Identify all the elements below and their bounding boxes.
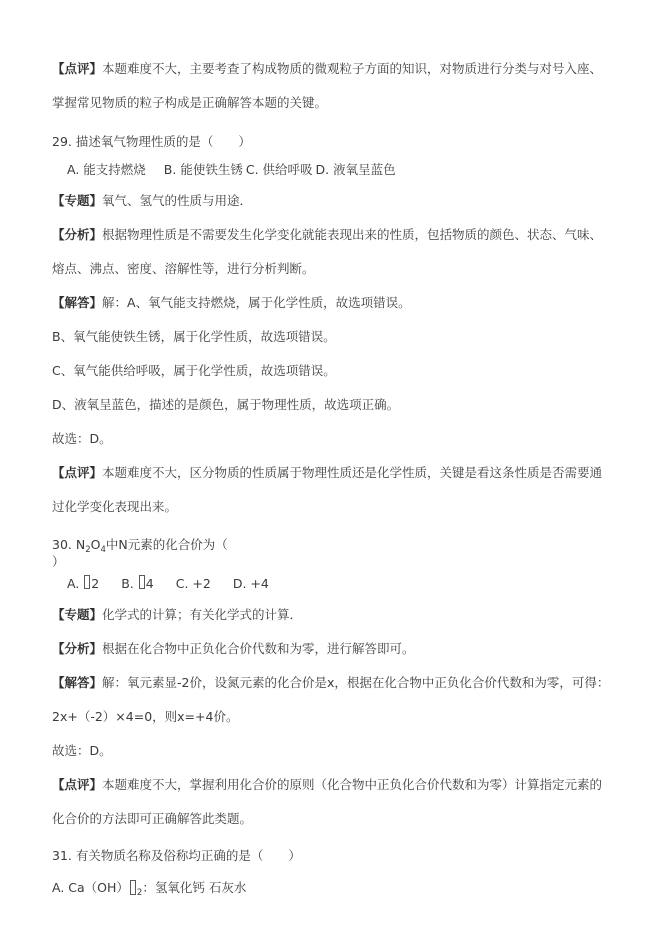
answer-text: 解：氧元素显-2价，设氮元素的化合价是x，根据在化合物中正负化合价代数和为零，可… <box>102 675 609 690</box>
option-label: C. <box>176 576 193 591</box>
q30-options-row: A. 2B. 4C. +2D. +4 <box>52 570 628 598</box>
answer-label: 【解答】 <box>52 675 102 690</box>
q31-option-a-line: A. Ca（OH）2：氢氧化钙 石灰水 <box>52 874 613 902</box>
q29-stem: 描述氧气物理性质的是（ ） <box>76 134 251 149</box>
option-value: 2 <box>91 576 99 591</box>
formula-text: Ca（OH） <box>68 880 129 895</box>
review-text: 本题难度不大，掌握利用化合价的原则（化合物中正负化合价代数和为零）计算指定元素的… <box>52 777 602 826</box>
analysis-label: 【分析】 <box>52 641 102 656</box>
answer-choice-text: 故选：D。 <box>52 431 112 446</box>
topic-text: 化学式的计算；有关化学式的计算． <box>102 607 302 622</box>
option-label: C. <box>246 162 263 177</box>
topic-label: 【专题】 <box>52 607 102 622</box>
q30-stem-line: 30. N2O4中N元素的化合价为（） <box>52 536 613 570</box>
q29-review-paragraph: 【点评】本题难度不大，区分物质的性质属于物理性质还是化学性质，关键是看这条性质是… <box>52 456 613 524</box>
topic-text: 氧气、氢气的性质与用途． <box>102 193 252 208</box>
q30-review-paragraph: 【点评】本题难度不大，掌握利用化合价的原则（化合物中正负化合价代数和为零）计算指… <box>52 768 613 836</box>
q29-answer-line-d: D、液氧呈蓝色，描述的是颜色，属于物理性质，故选项正确。 <box>52 388 613 422</box>
answer-text: C、氧气能供给呼吸，属于化学性质，故选项错误。 <box>52 363 336 378</box>
q30-option-d: D. +4 <box>233 570 269 598</box>
analysis-text: 根据物理性质是不需要发生化学变化就能表现出来的性质，包括物质的颜色、状态、气味、… <box>52 227 602 276</box>
review-label: 【点评】 <box>52 61 102 76</box>
q29-topic-paragraph: 【专题】氧气、氢气的性质与用途． <box>52 184 613 218</box>
chem-formula-n2o4: N2O4 <box>76 537 106 552</box>
option-value: +4 <box>250 576 268 591</box>
q29-options-row: A. 能支持燃烧B. 能使铁生锈C. 供给呼吸D. 液氧呈蓝色 <box>52 156 628 184</box>
option-text: 能使铁生锈 <box>180 162 243 177</box>
q29-answer-choice: 故选：D。 <box>52 422 613 456</box>
option-label: B. <box>164 162 181 177</box>
chem-formula-caoh2: Ca（OH）2 <box>68 880 142 895</box>
option-label: D. <box>233 576 251 591</box>
review-text: 本题难度不大，主要考查了构成物质的微观粒子方面的知识，对物质进行分类与对号入座、… <box>52 61 602 110</box>
topic-label: 【专题】 <box>52 193 102 208</box>
option-label: A. <box>52 880 68 895</box>
q28-review-paragraph: 【点评】本题难度不大，主要考查了构成物质的微观粒子方面的知识，对物质进行分类与对… <box>52 52 613 120</box>
option-value: +2 <box>192 576 210 591</box>
answer-text: B、氧气能使铁生锈，属于化学性质，故选项错误。 <box>52 329 336 344</box>
missing-glyph-box <box>139 575 145 589</box>
analysis-label: 【分析】 <box>52 227 102 242</box>
q30-option-a: A. 2 <box>67 570 99 598</box>
q29-answer-line-a: 【解答】解：A、氧气能支持燃烧，属于化学性质，故选项错误。 <box>52 286 613 320</box>
answer-label: 【解答】 <box>52 295 102 310</box>
q30-option-c: C. +2 <box>176 570 211 598</box>
q31-stem-line: 31. 有关物质名称及俗称均正确的是（ ） <box>52 842 613 870</box>
q30-number: 30. <box>52 537 76 552</box>
answer-text: D、液氧呈蓝色，描述的是颜色，属于物理性质，故选项正确。 <box>52 397 399 412</box>
option-label: A. <box>67 162 83 177</box>
option-text: ：氢氧化钙 石灰水 <box>142 880 246 895</box>
review-label: 【点评】 <box>52 777 102 792</box>
q30-topic-paragraph: 【专题】化学式的计算；有关化学式的计算． <box>52 598 613 632</box>
q31-number: 31. <box>52 848 76 863</box>
answer-choice-text: 故选：D。 <box>52 743 112 758</box>
q29-option-c: C. 供给呼吸 <box>246 156 313 184</box>
q29-option-a: A. 能支持燃烧 <box>67 156 146 184</box>
option-text: 液氧呈蓝色 <box>333 162 396 177</box>
option-text: 供给呼吸 <box>263 162 313 177</box>
option-label: A. <box>67 576 83 591</box>
analysis-text: 根据在化合物中正负化合价代数和为零，进行解答即可。 <box>102 641 415 656</box>
missing-glyph-box <box>130 880 136 895</box>
document-page: 【点评】本题难度不大，主要考查了构成物质的微观粒子方面的知识，对物质进行分类与对… <box>52 0 661 902</box>
q30-analysis-paragraph: 【分析】根据在化合物中正负化合价代数和为零，进行解答即可。 <box>52 632 613 666</box>
q29-answer-line-b: B、氧气能使铁生锈，属于化学性质，故选项错误。 <box>52 320 613 354</box>
formula-element: N <box>76 537 85 552</box>
q29-option-d: D. 液氧呈蓝色 <box>316 156 396 184</box>
q29-answer-line-c: C、氧气能供给呼吸，属于化学性质，故选项错误。 <box>52 354 613 388</box>
q31-stem: 有关物质名称及俗称均正确的是（ ） <box>76 848 301 863</box>
q30-stem-close-paren: ） <box>52 554 65 569</box>
option-label: D. <box>316 162 334 177</box>
answer-equation: 2x+（-2）×4=0，则x=+4价。 <box>52 709 238 724</box>
q30-answer-choice: 故选：D。 <box>52 734 613 768</box>
option-label: B. <box>121 576 138 591</box>
q29-stem-line: 29. 描述氧气物理性质的是（ ） <box>52 128 613 156</box>
review-text: 本题难度不大，区分物质的性质属于物理性质还是化学性质，关键是看这条性质是否需要通… <box>52 465 602 514</box>
q29-option-b: B. 能使铁生锈 <box>164 156 243 184</box>
missing-glyph-box <box>84 575 90 589</box>
q30-answer-paragraph: 【解答】解：氧元素显-2价，设氮元素的化合价是x，根据在化合物中正负化合价代数和… <box>52 666 613 734</box>
answer-text: 解：A、氧气能支持燃烧，属于化学性质，故选项错误。 <box>102 295 411 310</box>
review-label: 【点评】 <box>52 465 102 480</box>
option-value: 4 <box>146 576 154 591</box>
q30-option-b: B. 4 <box>121 570 153 598</box>
formula-element: O <box>91 537 101 552</box>
q29-number: 29. <box>52 134 76 149</box>
option-text: 能支持燃烧 <box>83 162 146 177</box>
q29-analysis-paragraph: 【分析】根据物理性质是不需要发生化学变化就能表现出来的性质，包括物质的颜色、状态… <box>52 218 613 286</box>
q30-stem: 中N元素的化合价为（ <box>106 537 228 552</box>
